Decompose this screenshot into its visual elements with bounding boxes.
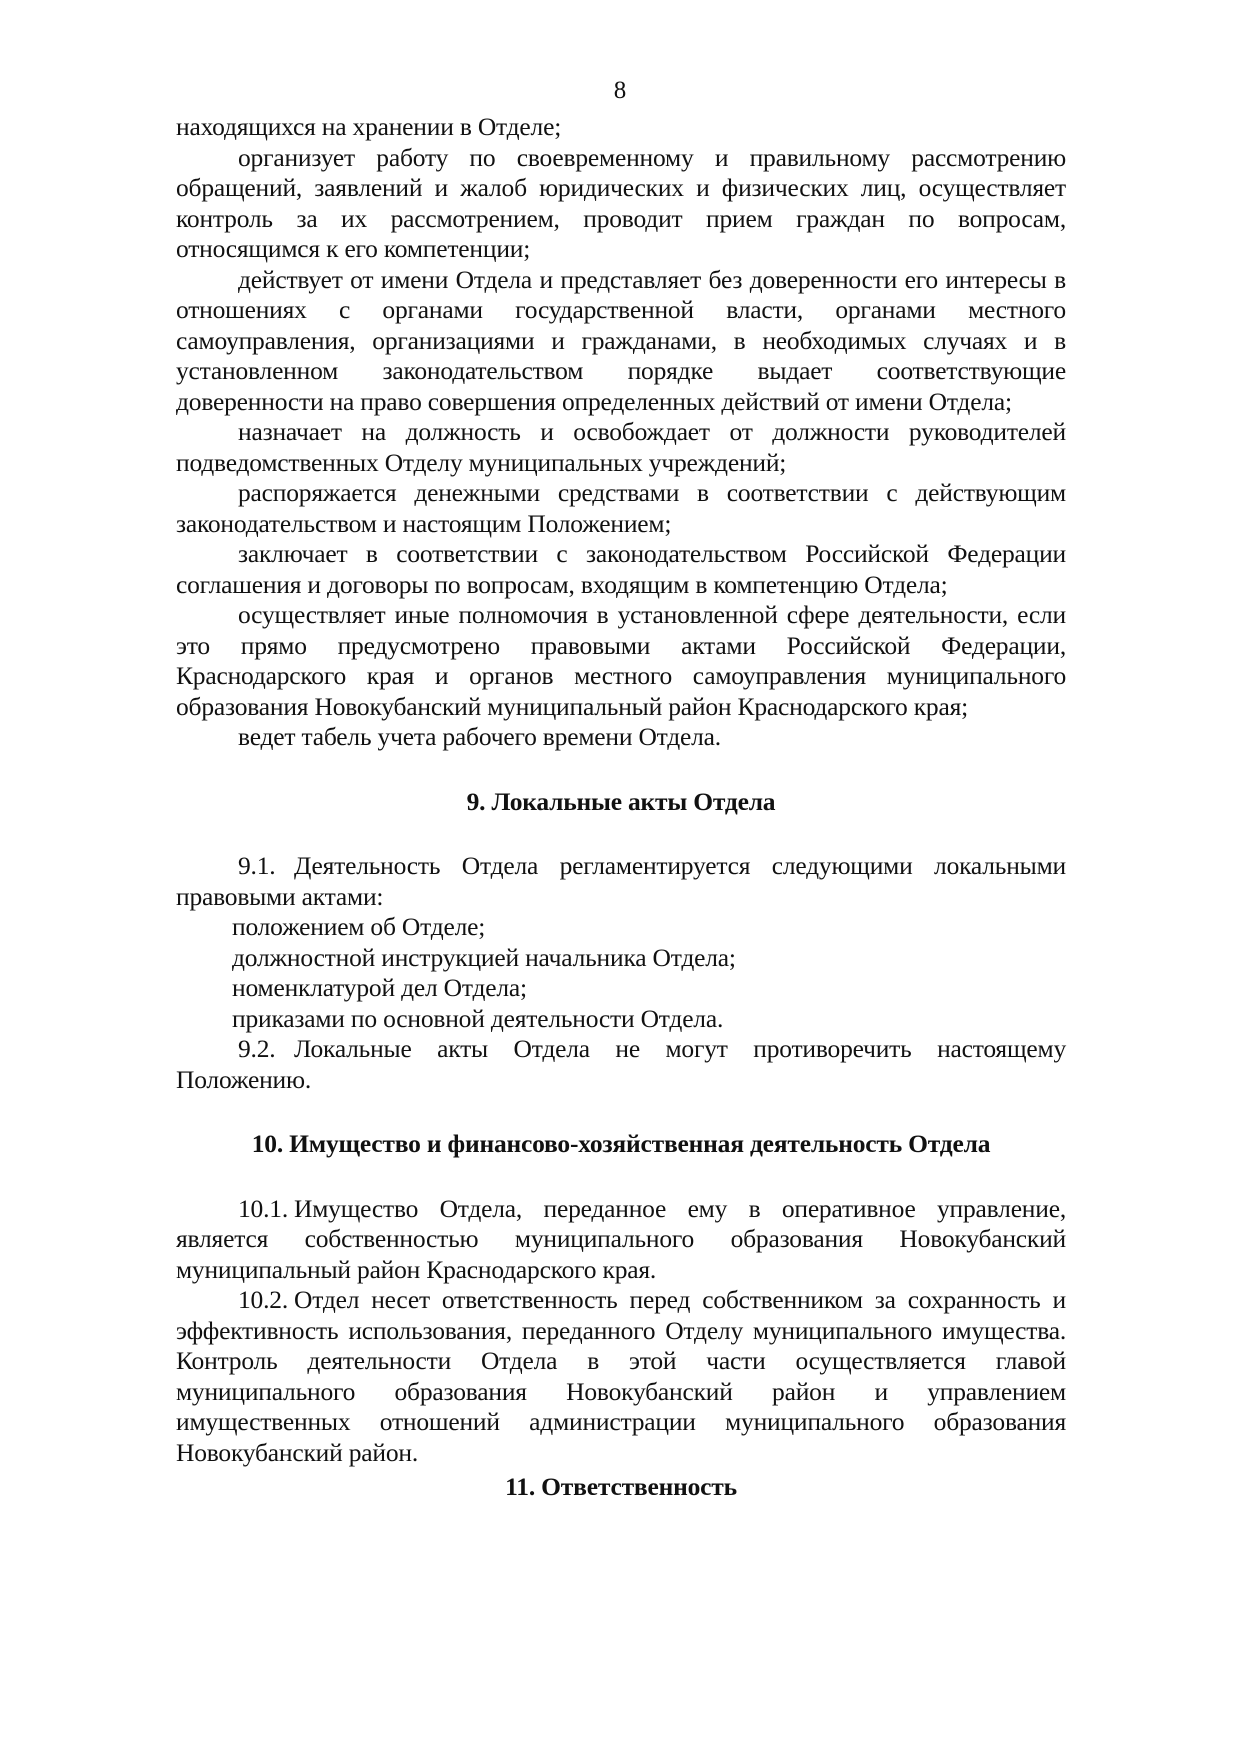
clause-number: 9.1. — [238, 851, 294, 882]
paragraph: действует от имени Отдела и представляет… — [176, 265, 1066, 418]
clause-text: Отдел несет ответственность перед собств… — [176, 1285, 1066, 1467]
clause-9-2: 9.2.Локальные акты Отдела не могут проти… — [176, 1034, 1066, 1095]
paragraph: распоряжается денежными средствами в соо… — [176, 478, 1066, 539]
paragraph: ведет табель учета рабочего времени Отде… — [176, 722, 1066, 753]
section-heading-11: 11. Ответственность — [176, 1472, 1066, 1503]
clause-9-1: 9.1.Деятельность Отдела регламентируется… — [176, 851, 1066, 912]
paragraph: находящихся на хранении в Отделе; — [176, 112, 1066, 143]
list-item: приказами по основной деятельности Отдел… — [176, 1004, 1066, 1035]
section-heading-10: 10. Имущество и финансово-хозяйственная … — [176, 1129, 1066, 1160]
document-body: находящихся на хранении в Отделе; органи… — [176, 112, 1066, 1503]
list-item: номенклатурой дел Отдела; — [176, 973, 1066, 1004]
clause-text: Локальные акты Отдела не могут противоре… — [176, 1034, 1066, 1094]
clause-number: 10.1. — [238, 1194, 294, 1225]
page-number: 8 — [0, 76, 1240, 106]
clause-text: Деятельность Отдела регламентируется сле… — [176, 851, 1066, 911]
clause-number: 10.2. — [238, 1285, 294, 1316]
clause-text: Имущество Отдела, переданное ему в опера… — [176, 1194, 1066, 1284]
paragraph: организует работу по своевременному и пр… — [176, 143, 1066, 265]
section-heading-9: 9. Локальные акты Отдела — [176, 787, 1066, 818]
list-item: должностной инструкцией начальника Отдел… — [176, 943, 1066, 974]
clause-10-1: 10.1.Имущество Отдела, переданное ему в … — [176, 1194, 1066, 1286]
paragraph: осуществляет иные полномочия в установле… — [176, 600, 1066, 722]
clause-10-2: 10.2.Отдел несет ответственность перед с… — [176, 1285, 1066, 1468]
paragraph: назначает на должность и освобождает от … — [176, 417, 1066, 478]
paragraph: заключает в соответствии с законодательс… — [176, 539, 1066, 600]
document-page: 8 находящихся на хранении в Отделе; орга… — [0, 0, 1240, 1755]
clause-number: 9.2. — [238, 1034, 294, 1065]
list-item: положением об Отделе; — [176, 912, 1066, 943]
